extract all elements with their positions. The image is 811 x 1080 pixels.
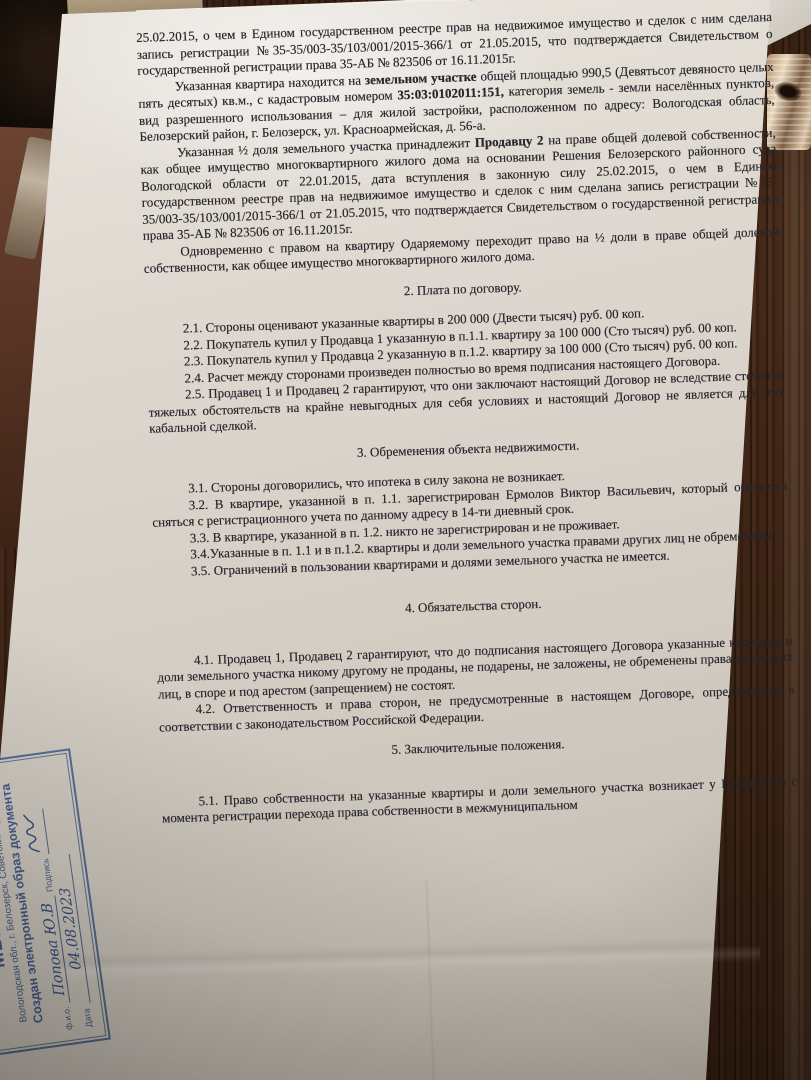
- photo-of-document: 25.02.2015, о чем в Едином государственн…: [0, 0, 811, 1080]
- document-text: 25.02.2015, о чем в Едином государственн…: [136, 9, 798, 827]
- stamp-signature-label: Подпись: [40, 858, 55, 893]
- signature-scribble: [20, 808, 49, 857]
- bold-text: земельном участке: [365, 68, 477, 87]
- bold-text: Продавцу 2: [475, 132, 544, 149]
- stamp-fio-label: ф.и.о.: [61, 1006, 74, 1031]
- bold-text: 35:03:0102011:151,: [397, 84, 504, 103]
- stamp-date-label: Дата: [81, 1008, 94, 1028]
